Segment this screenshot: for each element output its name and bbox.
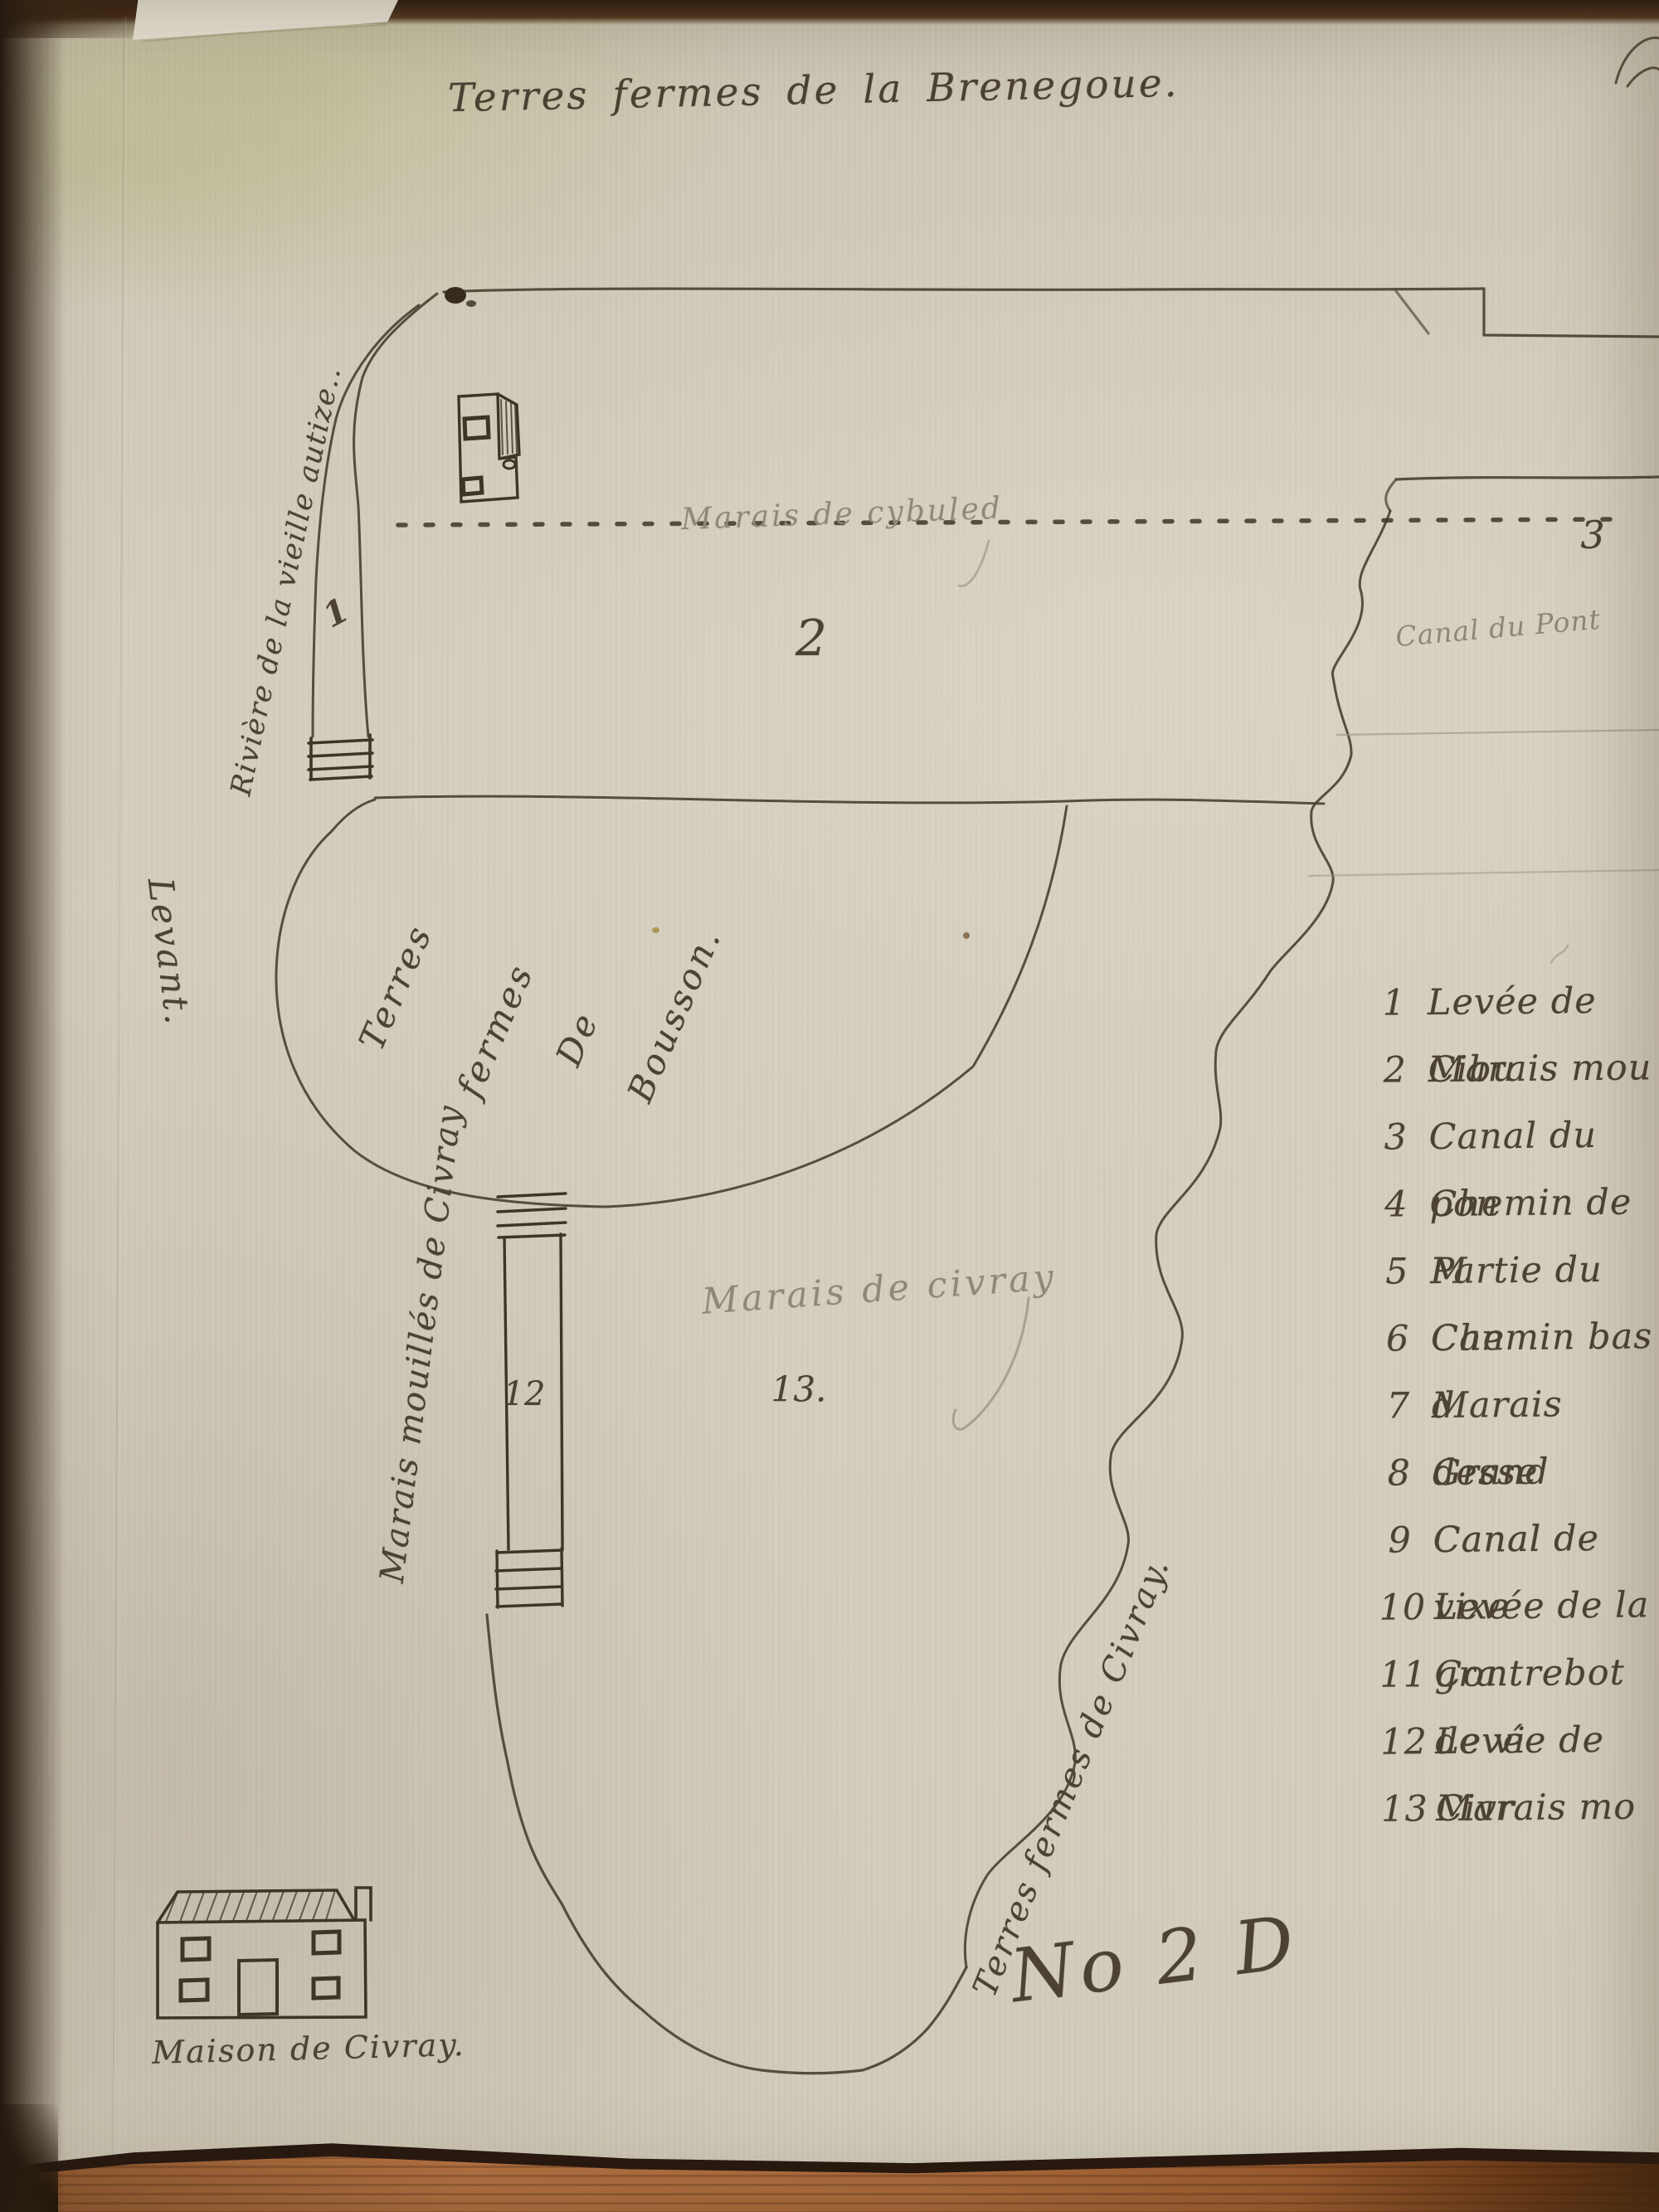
photo-of-manuscript-map: Terres fermes de la Brenegoue. Rivière d… (0, 0, 1659, 2212)
photo-vignette (0, 0, 1659, 2212)
